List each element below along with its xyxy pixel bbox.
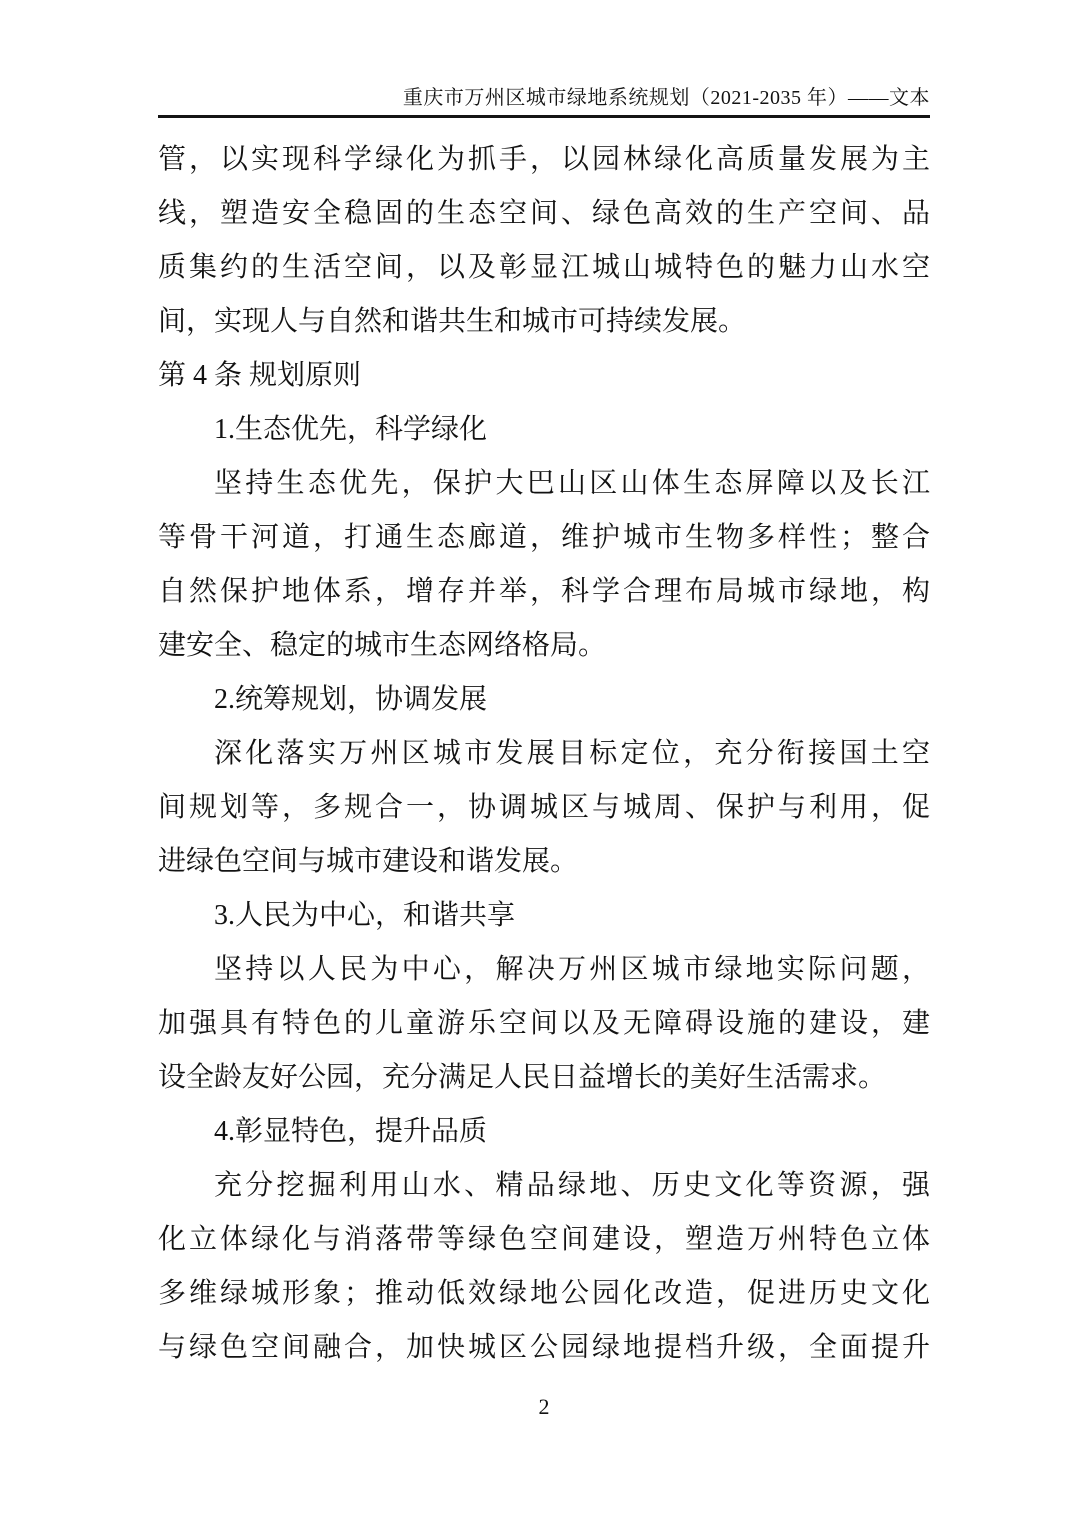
text-line-paragraph-end: 设全龄友好公园，充分满足人民日益增长的美好生活需求。 (158, 1051, 930, 1105)
header-title: 重庆市万州区城市绿地系统规划（2021-2035 年）——文本 (158, 84, 930, 112)
document-body: 管，以实现科学绿化为抓手，以园林绿化高质量发展为主线，塑造安全稳固的生态空间、绿… (158, 133, 930, 1375)
text-line-clause-heading: 第 4 条 规划原则 (158, 349, 930, 403)
text-line-sub-heading: 1.生态优先，科学绿化 (158, 403, 930, 457)
text-line-sub-heading: 3.人民为中心，和谐共享 (158, 889, 930, 943)
page-header: 重庆市万州区城市绿地系统规划（2021-2035 年）——文本 (158, 84, 930, 118)
text-line-paragraph-line: 线，塑造安全稳固的生态空间、绿色高效的生产空间、品 (158, 187, 930, 241)
text-line-sub-heading: 2.统筹规划，协调发展 (158, 673, 930, 727)
page-number: 2 (539, 1394, 550, 1419)
text-line-paragraph-continuation: 管，以实现科学绿化为抓手，以园林绿化高质量发展为主 (158, 133, 930, 187)
text-line-paragraph-line: 化立体绿化与消落带等绿色空间建设，塑造万州特色立体 (158, 1213, 930, 1267)
text-line-paragraph-line: 间规划等，多规合一，协调城区与城周、保护与利用，促 (158, 781, 930, 835)
page-footer: 2 (158, 1392, 930, 1422)
text-line-sub-heading: 4.彰显特色，提升品质 (158, 1105, 930, 1159)
text-line-paragraph-line: 等骨干河道，打通生态廊道，维护城市生物多样性；整合 (158, 511, 930, 565)
text-line-paragraph-line: 多维绿城形象；推动低效绿地公园化改造，促进历史文化 (158, 1267, 930, 1321)
text-line-paragraph-line: 自然保护地体系，增存并举，科学合理布局城市绿地，构 (158, 565, 930, 619)
document-page: 重庆市万州区城市绿地系统规划（2021-2035 年）——文本 管，以实现科学绿… (0, 0, 1074, 1520)
text-line-paragraph-line: 加强具有特色的儿童游乐空间以及无障碍设施的建设，建 (158, 997, 930, 1051)
text-line-paragraph-end: 进绿色空间与城市建设和谐发展。 (158, 835, 930, 889)
text-line-paragraph-first-line: 深化落实万州区城市发展目标定位，充分衔接国土空 (158, 727, 930, 781)
text-line-paragraph-line: 质集约的生活空间，以及彰显江城山城特色的魅力山水空 (158, 241, 930, 295)
text-line-paragraph-first-line: 坚持以人民为中心，解决万州区城市绿地实际问题， (158, 943, 930, 997)
text-line-paragraph-line: 与绿色空间融合，加快城区公园绿地提档升级，全面提升 (158, 1321, 930, 1375)
text-line-paragraph-end: 间，实现人与自然和谐共生和城市可持续发展。 (158, 295, 930, 349)
text-line-paragraph-first-line: 坚持生态优先，保护大巴山区山体生态屏障以及长江 (158, 457, 930, 511)
header-rule (158, 115, 930, 118)
text-line-paragraph-end: 建安全、稳定的城市生态网络格局。 (158, 619, 930, 673)
text-line-paragraph-first-line: 充分挖掘利用山水、精品绿地、历史文化等资源，强 (158, 1159, 930, 1213)
